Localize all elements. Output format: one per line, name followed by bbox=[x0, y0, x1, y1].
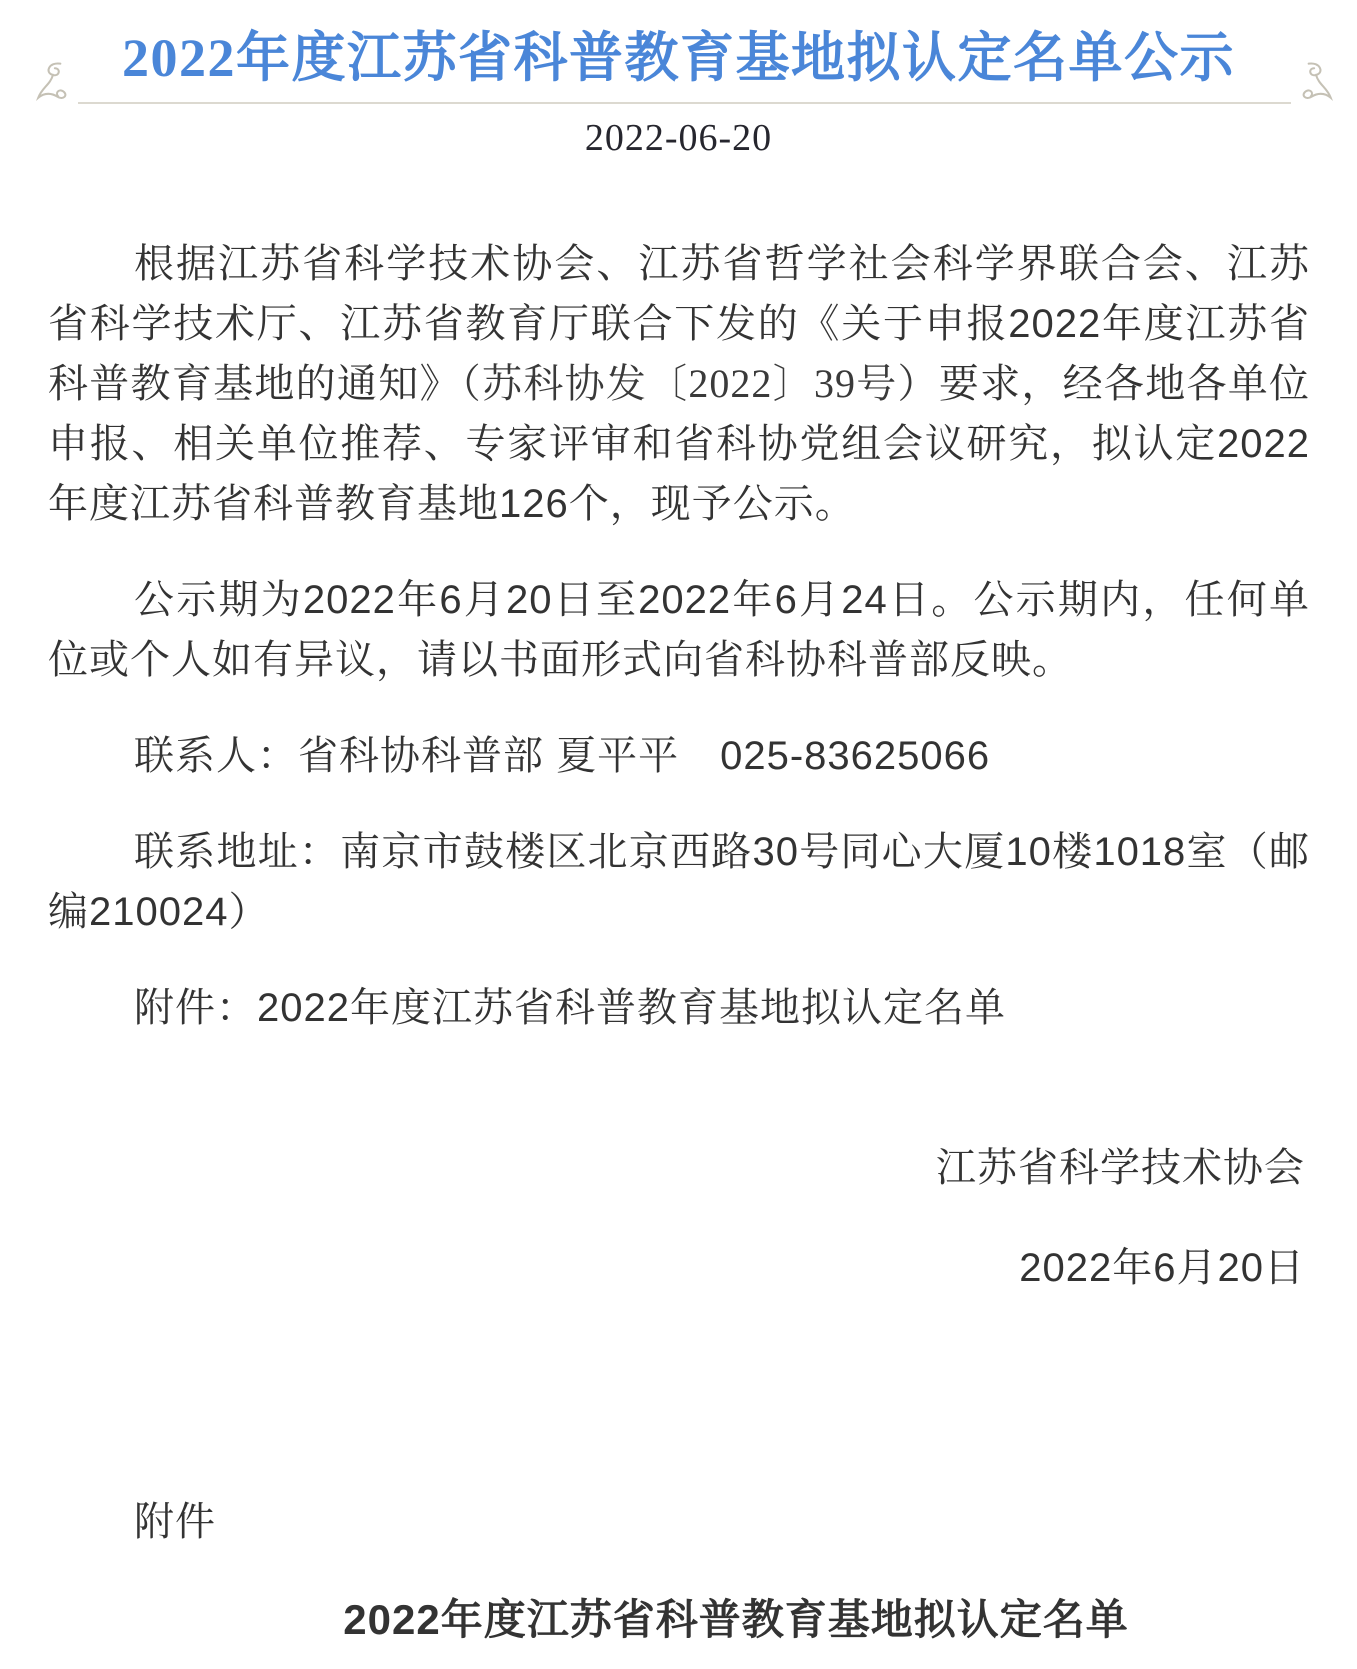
attachment-table-title: 2022年度江苏省科普教育基地拟认定名单 bbox=[48, 1590, 1310, 1650]
announcement-body: 根据江苏省科学技术协会、江苏省哲学社会科学界联合会、江苏省科学技术厅、江苏省教育… bbox=[0, 234, 1357, 1650]
announcement-page: 2022年度江苏省科普教育基地拟认定名单公示 2022-06-20 根据江苏省科… bbox=[0, 0, 1357, 1669]
contact-person-line: 联系人：省科协科普部 夏平平 025-83625066 bbox=[48, 726, 1310, 786]
attachment-section-label: 附件 bbox=[48, 1492, 1310, 1552]
attachment-reference-line: 附件：2022年度江苏省科普教育基地拟认定名单 bbox=[48, 978, 1310, 1038]
signature-organization: 江苏省科学技术协会 bbox=[48, 1138, 1305, 1198]
paragraph-intro: 根据江苏省科学技术协会、江苏省哲学社会科学界联合会、江苏省科学技术厅、江苏省教育… bbox=[48, 234, 1310, 534]
contact-address-line: 联系地址：南京市鼓楼区北京西路30号同心大厦10楼1018室（邮编210024） bbox=[48, 822, 1310, 942]
page-title: 2022年度江苏省科普教育基地拟认定名单公示 bbox=[0, 0, 1357, 90]
paragraph-publicity-period: 公示期为2022年6月20日至2022年6月24日。公示期内，任何单位或个人如有… bbox=[48, 570, 1310, 690]
document-number-citation: （苏科协发〔2022〕39号） bbox=[461, 361, 939, 406]
publish-date: 2022-06-20 bbox=[0, 118, 1357, 158]
signature-date: 2022年6月20日 bbox=[48, 1238, 1305, 1298]
